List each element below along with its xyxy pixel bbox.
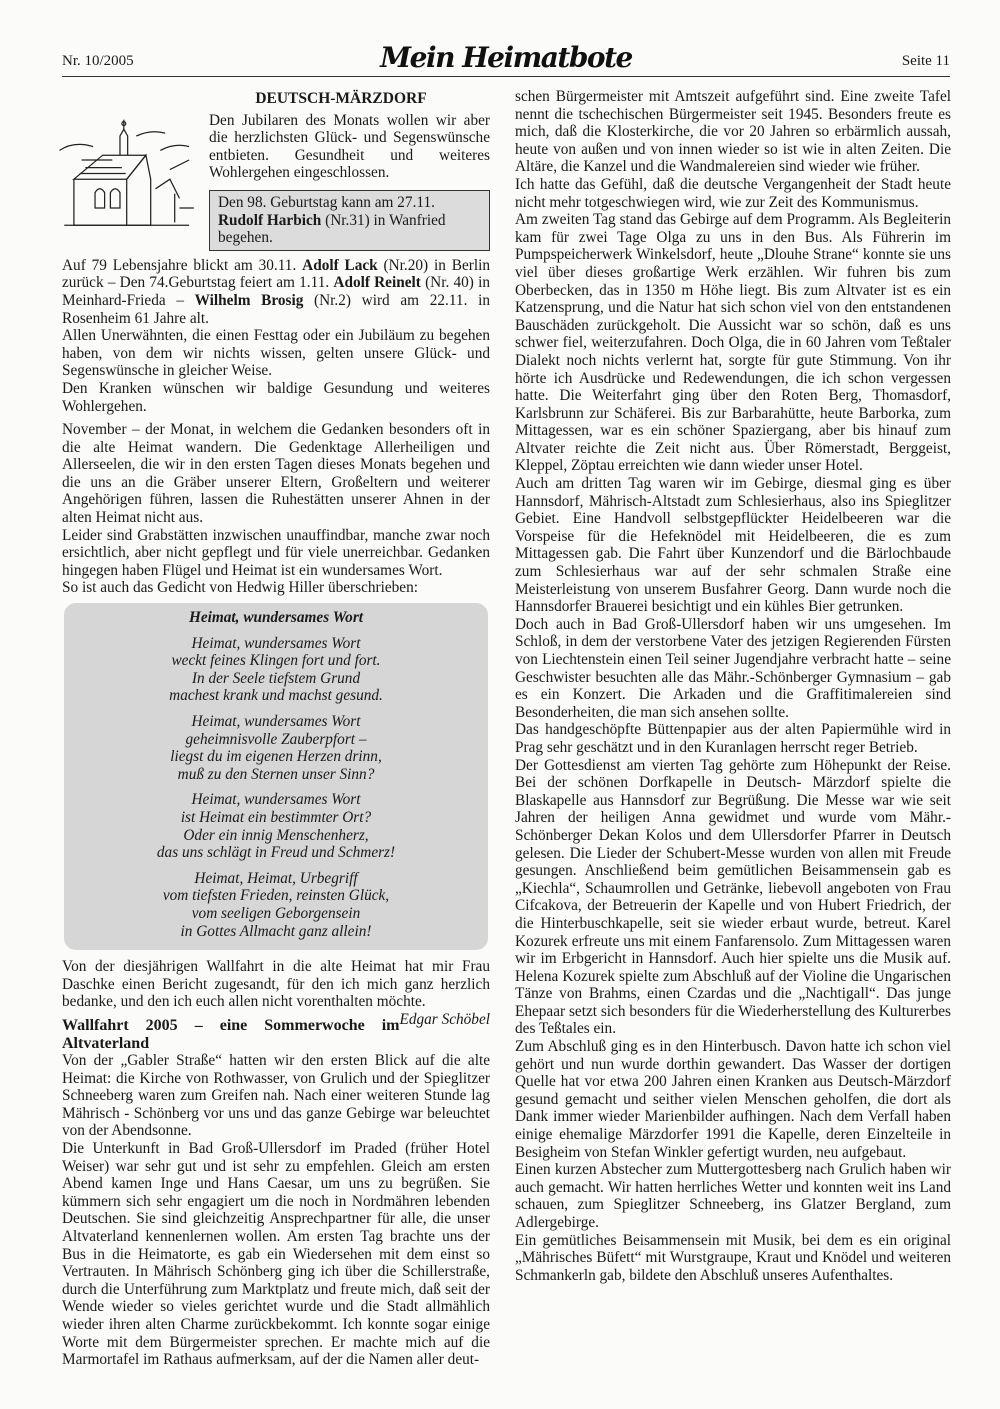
november-paragraph: November – der Monat, in welchem die Ged… bbox=[62, 421, 490, 527]
editor-note-text: Von der diesjährigen Wallfahrt in die al… bbox=[62, 958, 490, 1010]
poem-line: weckt feines Klingen fort und fort. bbox=[74, 652, 478, 670]
unmentioned-paragraph: Allen Unerwähnten, die einen Festtag ode… bbox=[62, 327, 490, 380]
page-number: Seite 11 bbox=[902, 53, 950, 70]
poem-line: liegst du im eigenen Herzen drinn, bbox=[74, 748, 478, 766]
right-column: schen Bürgermeister mit Amtszeit aufgefü… bbox=[515, 88, 951, 1284]
issue-number: Nr. 10/2005 bbox=[62, 53, 134, 70]
church-illustration-icon bbox=[54, 112, 209, 232]
article-paragraph: Einen kurzen Abstecher zum Muttergottesb… bbox=[515, 1161, 951, 1231]
poem-line: Heimat, wundersames Wort bbox=[74, 713, 478, 731]
poem-line: Oder ein innig Menschenherz, bbox=[74, 827, 478, 845]
poem-line: das uns schlägt in Freud und Schmerz! bbox=[74, 844, 478, 862]
text: Auf 79 Lebensjahre blickt am 30.11. bbox=[62, 257, 302, 274]
poem-stanza: Heimat, wundersames Wort ist Heimat ein … bbox=[74, 791, 478, 861]
highlight-name: Rudolf Harbich bbox=[218, 212, 321, 229]
page-header: Nr. 10/2005 Mein Heimatbote Seite 11 bbox=[62, 30, 950, 77]
jubilee-name: Wilhelm Brosig bbox=[195, 292, 304, 309]
poem-intro: So ist auch das Gedicht von Hedwig Hille… bbox=[62, 579, 490, 597]
editor-note: Von der diesjährigen Wallfahrt in die al… bbox=[62, 958, 490, 1011]
left-column: DEUTSCH-MÄRZDORF Den Jubilaren des Monat… bbox=[62, 88, 490, 1369]
highlight-text: Den 98. Geburtstag kann am 27.11. bbox=[218, 194, 435, 211]
editor-signature: Edgar Schöbel bbox=[400, 1011, 491, 1029]
poem-line: ist Heimat ein bestimmter Ort? bbox=[74, 809, 478, 827]
birthday-list: Auf 79 Lebensjahre blickt am 30.11. Adol… bbox=[62, 257, 490, 327]
article-paragraph: Der Gottesdienst am vierten Tag gehörte … bbox=[515, 757, 951, 1039]
poem-stanza: Heimat, Heimat, Urbegriff vom tiefsten F… bbox=[74, 870, 478, 940]
masthead-logo: Mein Heimatbote bbox=[380, 41, 632, 74]
graves-paragraph: Leider sind Grabstätten inzwischen unauf… bbox=[62, 527, 490, 580]
article-paragraph: Auch am dritten Tag waren wir im Gebirge… bbox=[515, 475, 951, 616]
article-paragraph: Doch auch in Bad Groß-Ullersdorf haben w… bbox=[515, 616, 951, 722]
article-paragraph: schen Bürgermeister mit Amtszeit aufgefü… bbox=[515, 88, 951, 176]
article-paragraph: Von der „Gabler Straße“ hatten wir den e… bbox=[62, 1052, 490, 1140]
poem-line: in Gottes Allmacht ganz allein! bbox=[74, 923, 478, 941]
poem-line: vom seeligen Geborgensein bbox=[74, 905, 478, 923]
poem-stanza: Heimat, wundersames Wort geheimnisvolle … bbox=[74, 713, 478, 783]
poem-line: Heimat, wundersames Wort bbox=[74, 635, 478, 653]
jubilee-name: Adolf Reinelt bbox=[333, 274, 420, 291]
poem-stanza: Heimat, wundersames Wort weckt feines Kl… bbox=[74, 635, 478, 705]
birthday-highlight-box: Den 98. Geburtstag kann am 27.11. Rudolf… bbox=[209, 190, 490, 251]
jubilee-name: Adolf Lack bbox=[302, 257, 378, 274]
poem-line: vom tiefsten Frieden, reinsten Glück, bbox=[74, 887, 478, 905]
poem-line: Heimat, wundersames Wort bbox=[74, 791, 478, 809]
poem-line: Heimat, Heimat, Urbegriff bbox=[74, 870, 478, 888]
poem-title: Heimat, wundersames Wort bbox=[74, 609, 478, 627]
poem-line: geheimnisvolle Zauberpfort – bbox=[74, 731, 478, 749]
poem-line: machest krank und machst gesund. bbox=[74, 687, 478, 705]
intro-text-wrapper: Den Jubilaren des Monats wollen wir aber… bbox=[209, 112, 490, 257]
intro-text: Den Jubilaren des Monats wollen wir aber… bbox=[209, 112, 490, 182]
article-paragraph: Ich hatte das Gefühl, daß die deutsche V… bbox=[515, 176, 951, 211]
article-paragraph: Zum Abschluß ging es in den Hinterbusch.… bbox=[515, 1038, 951, 1161]
article-paragraph: Am zweiten Tag stand das Gebirge auf dem… bbox=[515, 211, 951, 475]
poem-box: Heimat, wundersames Wort Heimat, wunders… bbox=[64, 603, 488, 950]
intro-block: Den Jubilaren des Monats wollen wir aber… bbox=[62, 112, 490, 257]
article-paragraph: Die Unterkunft in Bad Groß-Ullersdorf im… bbox=[62, 1140, 490, 1369]
sick-paragraph: Den Kranken wünschen wir baldige Gesundu… bbox=[62, 380, 490, 415]
poem-line: muß zu den Sternen unser Sinn? bbox=[74, 766, 478, 784]
poem-line: In der Seele tiefstem Grund bbox=[74, 670, 478, 688]
section-title: DEUTSCH-MÄRZDORF bbox=[192, 90, 490, 108]
article-paragraph: Das handgeschöpfte Büttenpapier aus der … bbox=[515, 721, 951, 756]
article-paragraph: Ein gemütliches Beisammensein mit Musik,… bbox=[515, 1232, 951, 1285]
